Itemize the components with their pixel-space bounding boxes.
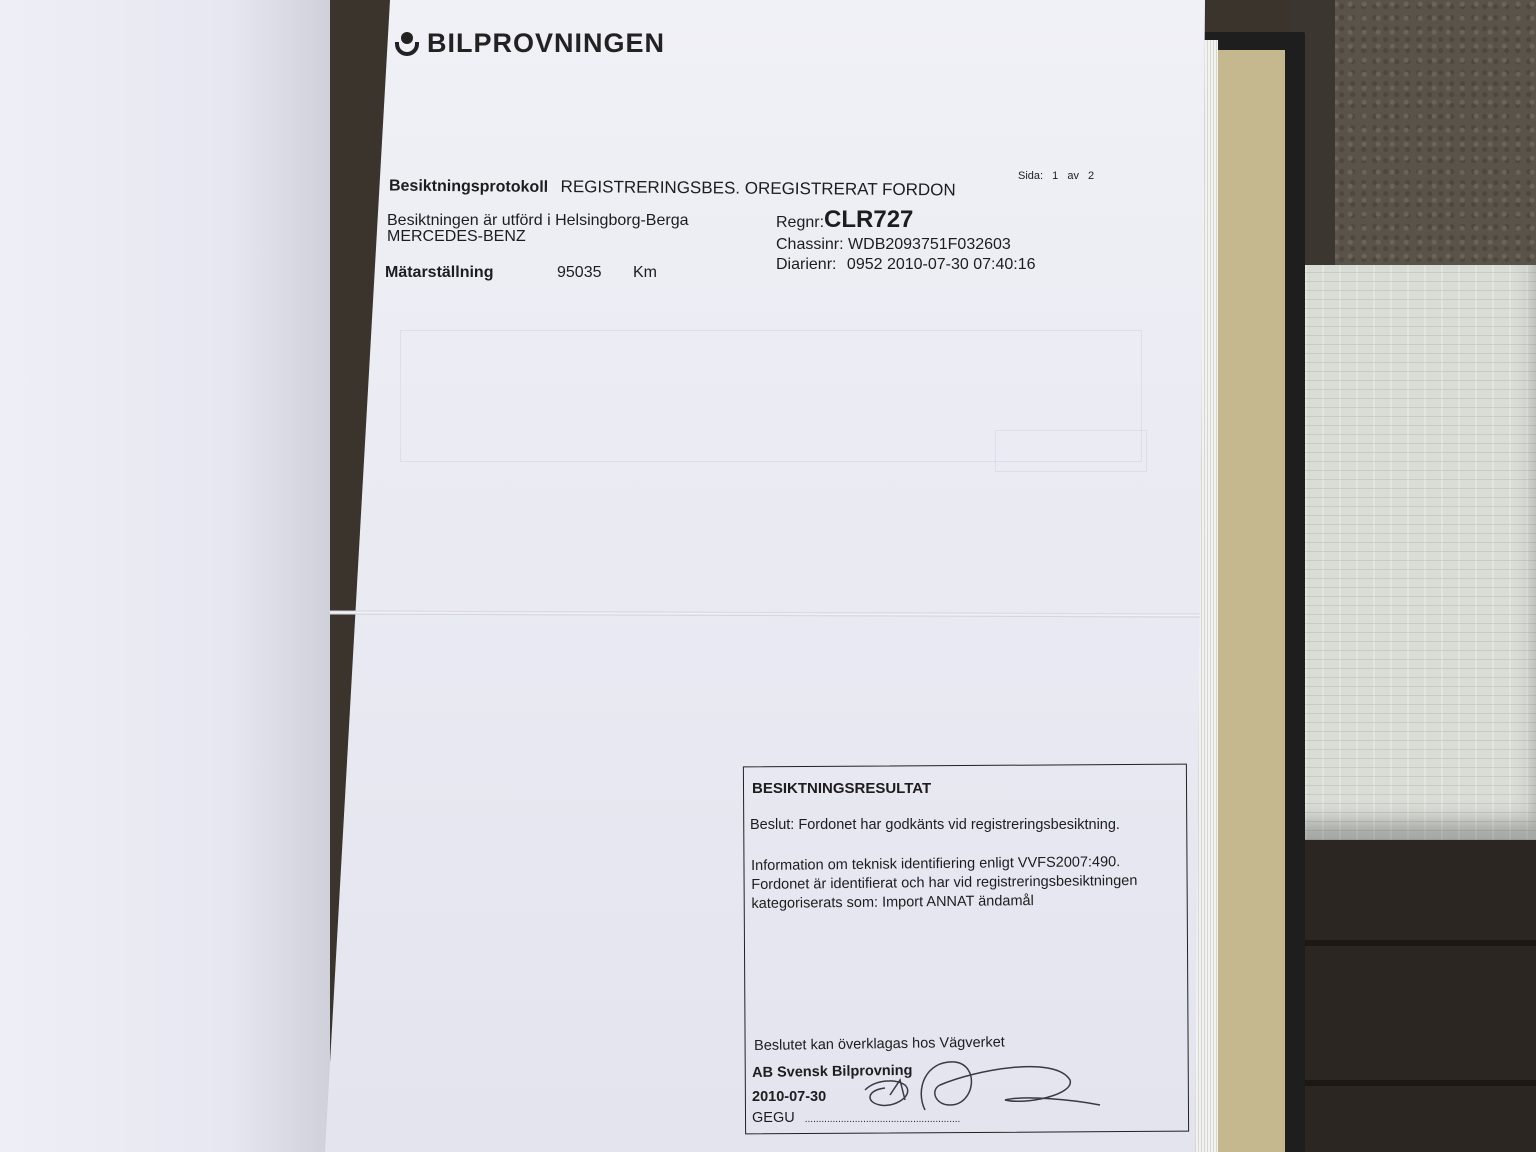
page-label: Sida: xyxy=(1018,170,1043,182)
info-line: Fordonet är identifierat och har vid reg… xyxy=(751,872,1137,895)
identification-info: Information om teknisk identifiering enl… xyxy=(751,853,1138,914)
diarienr-row: Diarienr: 0952 2010-07-30 07:40:16 xyxy=(776,256,1036,274)
chassinr-value: WDB2093751F032603 xyxy=(848,236,1011,253)
wooden-deck xyxy=(1300,840,1536,1152)
signer-code: GEGU xyxy=(752,1110,795,1126)
odometer-unit: Km xyxy=(633,264,657,282)
bleed-through-box xyxy=(995,430,1147,472)
info-line: kategoriserats som: Import ANNAT ändamål xyxy=(751,891,1137,914)
result-heading: BESIKTNINGSRESULTAT xyxy=(752,780,931,797)
location-block: Besiktningen är utförd i Helsingborg-Ber… xyxy=(387,213,689,245)
chassinr-row: Chassinr: WDB2093751F032603 xyxy=(776,236,1011,254)
diarienr-label: Diarienr: xyxy=(776,256,836,273)
signature-date: 2010-07-30 xyxy=(752,1089,826,1105)
deck-gap xyxy=(1300,1080,1536,1086)
handwritten-signature xyxy=(855,1050,1105,1130)
page-separator: av xyxy=(1067,170,1079,182)
result-decision: Beslut: Fordonet har godkänts vid regist… xyxy=(750,817,1120,833)
regnr-row: Regnr:CLR727 xyxy=(776,206,913,234)
chassinr-label: Chassinr: xyxy=(776,236,844,253)
deck-gap xyxy=(1300,940,1536,946)
bilprovningen-logo: BILPROVNINGEN xyxy=(395,28,665,59)
left-blank-page xyxy=(0,0,330,1152)
odometer-value: 95035 xyxy=(557,264,602,282)
page-current: 1 xyxy=(1052,170,1058,182)
inspection-location: Besiktningen är utförd i Helsingborg-Ber… xyxy=(387,213,689,229)
painted-railing xyxy=(1288,265,1536,840)
regnr-label: Regnr: xyxy=(776,214,824,231)
bilprovningen-logo-icon xyxy=(395,32,419,56)
regnr-value: CLR727 xyxy=(824,206,913,233)
page-total: 2 xyxy=(1088,170,1094,182)
page-indicator: Sida: 1 av 2 xyxy=(1018,170,1094,182)
odometer-label: Mätarställning xyxy=(385,264,493,281)
vehicle-make: MERCEDES-BENZ xyxy=(387,229,689,245)
protocol-type: REGISTRERINGSBES. OREGISTRERAT FORDON xyxy=(561,177,956,199)
logo-text: BILPROVNINGEN xyxy=(427,28,665,59)
diarienr-value: 0952 2010-07-30 07:40:16 xyxy=(847,256,1036,273)
odometer-row: Mätarställning 95035 Km xyxy=(385,264,493,282)
protocol-label: Besiktningsprotokoll xyxy=(389,178,548,196)
